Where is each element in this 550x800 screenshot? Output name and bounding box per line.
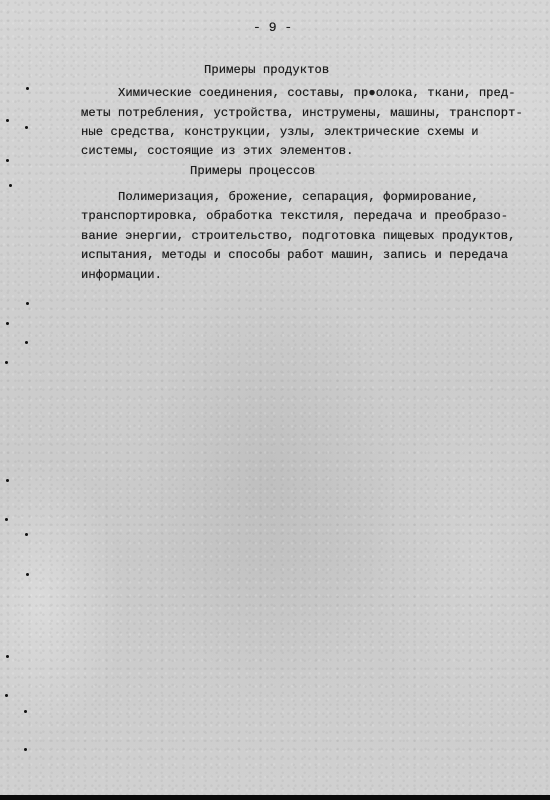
products-line-2: меты потребления, устройства, инструмены… — [81, 106, 523, 120]
processes-line-4: испытания, методы и способы работ машин,… — [81, 248, 508, 262]
margin-dot — [6, 159, 9, 162]
processes-line-5: информации. — [81, 268, 162, 282]
products-line-1: Химические соединения, составы, пр●олока… — [118, 86, 516, 100]
processes-line-3: вание энергии, строительство, подготовка… — [81, 229, 515, 243]
processes-line-1: Полимеризация, брожение, сепарация, форм… — [118, 190, 479, 204]
scanned-page: - 9 - Примеры продуктов Химические соеди… — [0, 0, 550, 795]
products-line-4: системы, состоящие из этих элементов. — [81, 144, 353, 158]
margin-dot — [5, 361, 8, 364]
margin-dot — [9, 184, 12, 187]
margin-dot — [5, 694, 8, 697]
margin-dot — [6, 322, 9, 325]
margin-dot — [5, 518, 8, 521]
margin-dot — [6, 479, 9, 482]
products-line-3: ные средства, конструкции, узлы, электри… — [81, 125, 479, 139]
margin-dot — [25, 126, 28, 129]
margin-dot — [6, 655, 9, 658]
margin-dot — [25, 341, 28, 344]
section-heading-processes: Примеры процессов — [190, 164, 315, 178]
margin-dot — [6, 119, 9, 122]
margin-dot — [26, 573, 29, 576]
processes-line-2: транспортировка, обработка текстиля, пер… — [81, 209, 508, 223]
section-heading-products: Примеры продуктов — [204, 63, 329, 77]
margin-dot — [24, 710, 27, 713]
margin-dot — [24, 748, 27, 751]
margin-dot — [26, 87, 29, 90]
margin-dot — [26, 302, 29, 305]
page-number: - 9 - — [253, 21, 292, 35]
scan-edge — [0, 795, 550, 800]
margin-dot — [25, 533, 28, 536]
